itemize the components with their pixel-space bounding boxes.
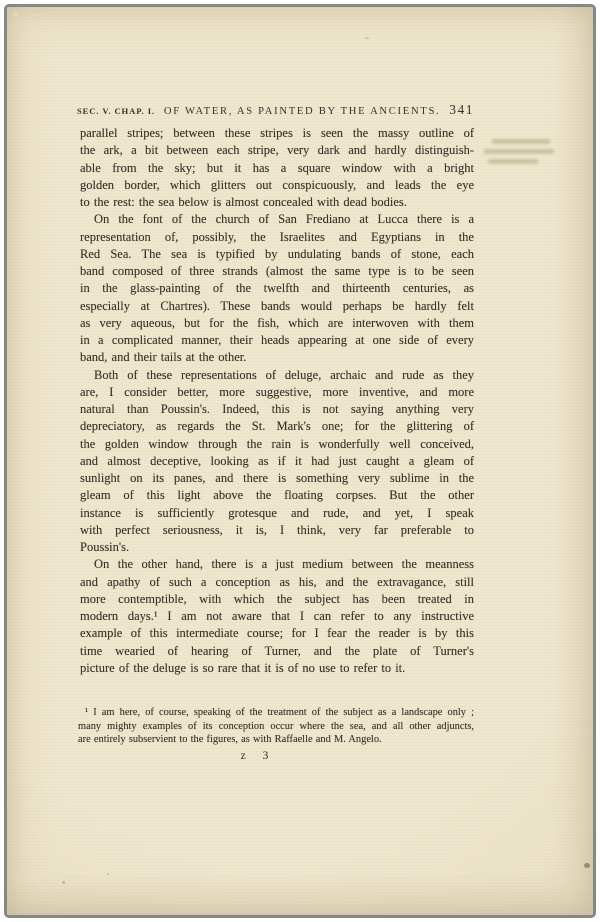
- text-line: in a complicated manner, their heads app…: [80, 332, 474, 349]
- paragraph: parallel stripes; between these stripes …: [80, 125, 474, 211]
- footnote-block: ¹ I am here, of course, speaking of the …: [78, 706, 474, 747]
- text-line: band composed of three strands (almost t…: [80, 263, 474, 280]
- text-line: Red Sea. The sea is typified by undulati…: [80, 246, 474, 263]
- text-line: are, I consider better, more suggestive,…: [80, 384, 474, 401]
- text-line: Both of these representations of deluge,…: [80, 367, 474, 384]
- text-line: especially at Chartres). These bands wou…: [80, 298, 474, 315]
- paragraph: On the font of the church of San Fredian…: [80, 211, 474, 366]
- signature-mark: z 3: [61, 750, 455, 762]
- text-line: able from the sky; but it has a square w…: [80, 160, 474, 177]
- text-line: gleam of this light above the floating c…: [80, 487, 474, 504]
- text-line: the golden window through the rain is wo…: [80, 436, 474, 453]
- text-line: depreciatory, as regards the St. Mark's …: [80, 418, 474, 435]
- paper-blemish: [584, 863, 590, 868]
- ghost-line: [488, 159, 538, 164]
- paragraph: On the other hand, there is a just mediu…: [80, 556, 474, 677]
- text-line: Poussin's.: [80, 539, 474, 556]
- book-page: SEC. V. CHAP. I. OF WATER, AS PAINTED BY…: [7, 7, 593, 915]
- paper-blemish: [13, 12, 18, 17]
- text-line: many mighty examples of its conception o…: [78, 720, 474, 734]
- text-line: representation of, possibly, the Israeli…: [80, 229, 474, 246]
- section-chapter-label: SEC. V. CHAP. I.: [77, 106, 155, 116]
- text-line: more contemptible, with which the subjec…: [80, 591, 474, 608]
- page-number: 341: [449, 102, 474, 118]
- text-line: with perfect seriousness, it is, I think…: [80, 522, 474, 539]
- text-line: modern days.¹ I am not aware that I can …: [80, 608, 474, 625]
- paragraph: Both of these representations of deluge,…: [80, 367, 474, 557]
- text-line: time wearied of hearing of Turner, and t…: [80, 643, 474, 660]
- text-line: instance is sufficiently grotesque and r…: [80, 505, 474, 522]
- text-line: picture of the deluge is so rare that it…: [80, 660, 474, 677]
- text-line: natural than Poussin's. Indeed, this is …: [80, 401, 474, 418]
- text-line: and apathy of such a conception as his, …: [80, 574, 474, 591]
- verso-showthrough-text: [484, 139, 556, 169]
- text-line: golden border, which glitters out conspi…: [80, 177, 474, 194]
- text-line: as very aqueous, but for the fish, which…: [80, 315, 474, 332]
- paper-blemish: [107, 873, 109, 875]
- ghost-line: [492, 139, 550, 144]
- text-line: in the glass-painting of the twelfth and…: [80, 280, 474, 297]
- running-head: SEC. V. CHAP. I. OF WATER, AS PAINTED BY…: [77, 102, 474, 118]
- text-line: band, and their tails at the other.: [80, 349, 474, 366]
- text-line: to the rest: the sea below is almost con…: [80, 194, 474, 211]
- text-line: sunlight on its panes, and there is some…: [80, 470, 474, 487]
- text-line: On the other hand, there is a just mediu…: [80, 556, 474, 573]
- running-title: OF WATER, AS PAINTED BY THE ANCIENTS.: [164, 106, 441, 117]
- scanned-page-photo: SEC. V. CHAP. I. OF WATER, AS PAINTED BY…: [0, 0, 600, 922]
- body-text-block: parallel stripes; between these stripes …: [80, 125, 474, 677]
- paper-blemish: [62, 881, 65, 884]
- text-line: and almost deceptive, looking as if it h…: [80, 453, 474, 470]
- text-line: example of this intermediate course; for…: [80, 625, 474, 642]
- paper-blemish: [365, 37, 369, 39]
- text-line: On the font of the church of San Fredian…: [80, 211, 474, 228]
- ghost-line: [484, 149, 554, 154]
- text-line: ¹ I am here, of course, speaking of the …: [78, 706, 474, 720]
- text-line: are entirely subservient to the figures,…: [78, 733, 474, 747]
- scan-frame-border: SEC. V. CHAP. I. OF WATER, AS PAINTED BY…: [4, 4, 596, 918]
- text-line: parallel stripes; between these stripes …: [80, 125, 474, 142]
- text-line: the ark, a bit between each stripe, very…: [80, 142, 474, 159]
